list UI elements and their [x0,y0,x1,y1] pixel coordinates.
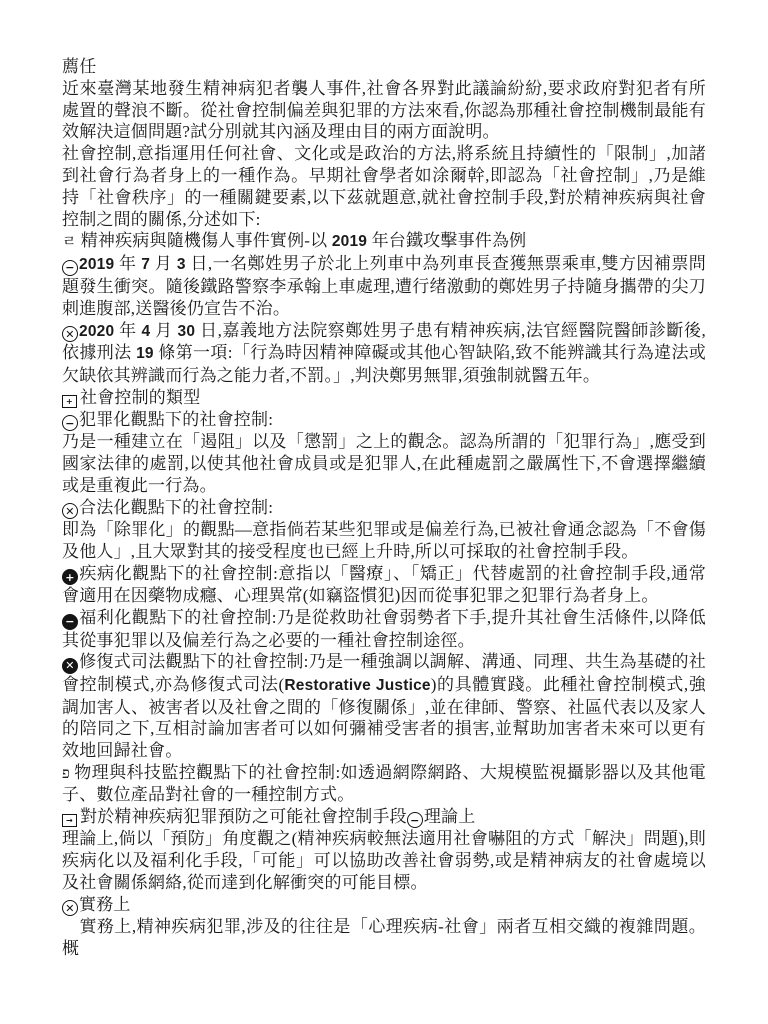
circled-x-marker: ✕ [62,900,78,916]
bold-latin-text: 7 [141,256,150,273]
bold-latin-text: 2020 [79,323,114,340]
item-1-2: ✕2020 年 4 月 30 日,嘉義地方法院察鄭姓男子患有精神疾病,法官經醫院… [62,320,706,387]
item-3-2-heading: ✕實務上 [62,894,706,917]
circled-x-marker: ✕ [62,503,78,519]
bold-latin-text: 2019 [79,256,114,273]
item-2-3: +疾病化觀點下的社會控制:意指以「醫療」、「矯正」代替處罰的社會控制手段,通常會… [62,563,706,607]
bold-latin-text: 2019 [332,233,367,250]
item-1-1: −2019 年 7 月 3 日,一名鄭姓男子於北上列車中為列車長查獲無票乘車,雙… [62,253,706,319]
circled-minus-marker: − [62,260,78,276]
item-2-2-heading: ✕合法化觀點下的社會控制: [62,497,706,520]
document-body: 薦任近來臺灣某地發生精神病犯者襲人事件,社會各界對此議論紛紛,要求政府對犯者有所… [62,56,706,960]
intro-question: 近來臺灣某地發生精神病犯者襲人事件,社會各界對此議論紛紛,要求政府對犯者有所處置… [62,78,706,143]
item-3-1-body: 理論上,倘以「預防」角度觀之(精神疾病較無法適用社會嚇阻的方式「解決」問題),則… [62,828,706,893]
section-1-marker: ㄹ [62,235,77,250]
social-control-definition: 社會控制,意指運用任何社會、文化或是政治的方法,將系統且持續性的「限制」,加諸到… [62,143,706,230]
circled-minus-marker: − [62,415,78,431]
item-2-4: −福利化觀點下的社會控制:乃是從救助社會弱勢者下手,提升其社會生活條件,以降低其… [62,607,706,651]
section-1-heading: ㄹ精神疾病與隨機傷人事件實例-以 2019 年台鐵攻擊事件為例 [62,230,706,253]
item-2-2-body: 即為「除罪化」的觀點—意指倘若某些犯罪或是偏差行為,已被社會通念認為「不會傷及他… [62,519,706,563]
filled-circle-plus-marker: + [62,569,78,585]
bold-latin-text: 30 [178,323,196,340]
bold-latin-text: 3 [177,256,186,273]
item-2-6-marker: פ [62,767,70,782]
bold-latin-text: 4 [142,323,151,340]
item-3-2-body: 實務上,精神疾病犯罪,涉及的往往是「心理疾病-社會」兩者互相交織的複雜問題。概 [62,916,706,960]
document-page: 薦任近來臺灣某地發生精神病犯者襲人事件,社會各界對此議論紛紛,要求政府對犯者有所… [0,0,768,1024]
filled-circle-x-marker: ✕ [62,658,78,674]
item-2-6: פ物理與科技監控觀點下的社會控制:如透過網際網路、大規模監視攝影器以及其他電子、… [62,762,706,806]
item-2-1-body: 乃是一種建立在「遏阻」以及「懲罰」之上的觀念。認為所謂的「犯罪行為」,應受到國家… [62,431,706,496]
item-2-1-heading: −犯罪化觀點下的社會控制: [62,409,706,432]
item-2-5: ✕修復式司法觀點下的社會控制:乃是一種強調以調解、溝通、同理、共生為基礎的社會控… [62,651,706,762]
circled-x-marker: ✕ [62,326,78,342]
section-2-heading: +社會控制的類型 [62,387,706,409]
section-3-heading: →對於精神疾病犯罪預防之可能社會控制手段−理論上 [62,806,706,829]
filled-circle-minus-marker: − [62,614,78,630]
section-2-marker: + [62,395,77,408]
bold-latin-text: Restorative Justice [284,677,430,694]
circled-minus-marker: − [407,812,423,828]
doc-heading: 薦任 [62,56,706,78]
section-3-marker: → [62,814,77,827]
bold-latin-text: 19 [136,345,154,362]
